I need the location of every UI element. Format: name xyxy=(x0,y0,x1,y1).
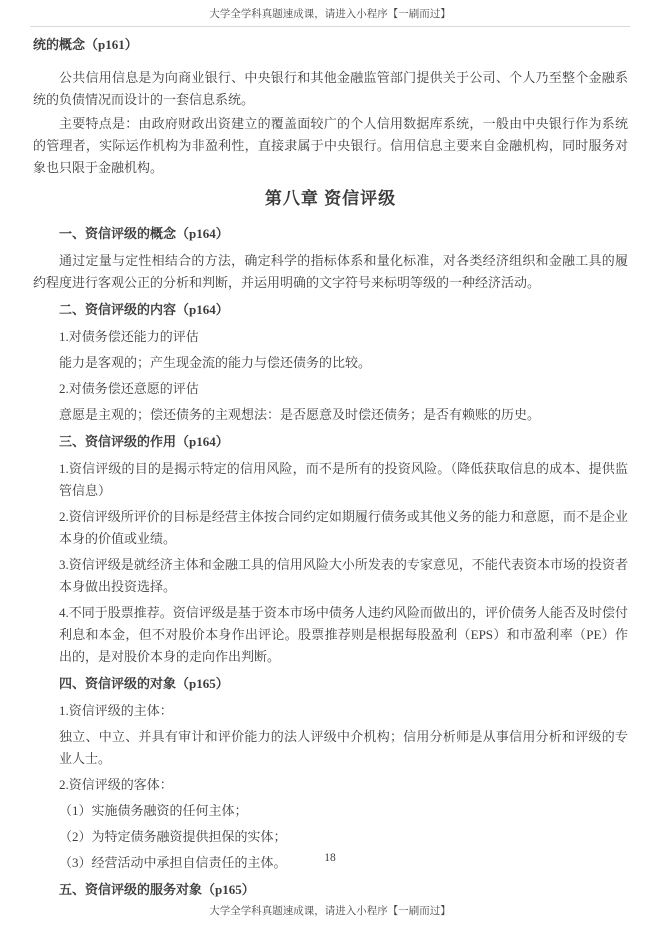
list-item: 2.对债务偿还意愿的评估 xyxy=(33,378,628,400)
page-footer: 大学全学科真题速成课，请进入小程序【一刷而过】 xyxy=(30,903,630,918)
list-item: 4.不同于股票推荐。资信评级是基于资本市场中债务人违约风险而做出的，评价债务人能… xyxy=(33,602,628,668)
section-heading-5: 五、资信评级的服务对象（p165） xyxy=(33,879,628,901)
document-body: 统的概念（p161） 公共信用信息是为向商业银行、中央银行和其他金融监管部门提供… xyxy=(33,34,628,906)
list-item-note: 独立、中立、并具有审计和评价能力的法人评级中介机构；信用分析师是从事信用分析和评… xyxy=(33,726,628,770)
document-page: { "header": { "text": "大学全学科真题速成课，请进入小程序… xyxy=(0,0,660,934)
list-item: 1.资信评级的主体： xyxy=(33,700,628,722)
list-item: 2.资信评级所评价的目标是经营主体按合同约定如期履行债务或其他义务的能力和意愿，… xyxy=(33,506,628,550)
sub-list-item: （2）为特定债务融资提供担保的实体； xyxy=(33,826,628,848)
list-item: 3.资信评级是就经济主体和金融工具的信用风险大小所发表的专家意见，不能代表资本市… xyxy=(33,554,628,598)
section-heading-1: 一、资信评级的概念（p164） xyxy=(33,223,628,245)
carryover-heading: 统的概念（p161） xyxy=(33,34,628,56)
sub-list-item: （1）实施债务融资的任何主体； xyxy=(33,800,628,822)
chapter-title: 第八章 资信评级 xyxy=(33,186,628,212)
footer-banner-text: 大学全学科真题速成课，请进入小程序【一刷而过】 xyxy=(209,906,451,917)
list-item: 2.资信评级的客体： xyxy=(33,774,628,796)
section-heading-3: 三、资信评级的作用（p164） xyxy=(33,431,628,453)
list-item: 1.对债务偿还能力的评估 xyxy=(33,326,628,348)
section-heading-2: 二、资信评级的内容（p164） xyxy=(33,299,628,321)
section-heading-4: 四、资信评级的对象（p165） xyxy=(33,673,628,695)
paragraph-public-credit-info: 公共信用信息是为向商业银行、中央银行和其他金融监管部门提供关于公司、个人乃至整个… xyxy=(33,67,628,111)
paragraph-main-features: 主要特点是：由政府财政出资建立的覆盖面较广的个人信用数据库系统，一般由中央银行作… xyxy=(33,113,628,179)
page-number: 18 xyxy=(0,852,660,864)
list-item-note: 能力是客观的；产生现金流的能力与偿还债务的比较。 xyxy=(33,352,628,374)
list-item: 1.资信评级的目的是揭示特定的信用风险，而不是所有的投资风险。（降低获取信息的成… xyxy=(33,458,628,502)
page-header: 大学全学科真题速成课，请进入小程序【一刷而过】 xyxy=(30,6,630,27)
list-item-note: 意愿是主观的；偿还债务的主观想法：是否愿意及时偿还债务；是否有赖账的历史。 xyxy=(33,404,628,426)
paragraph-rating-definition: 通过定量与定性相结合的方法，确定科学的指标体系和量化标准，对各类经济组织和金融工… xyxy=(33,250,628,294)
header-banner-text: 大学全学科真题速成课，请进入小程序【一刷而过】 xyxy=(209,9,451,20)
